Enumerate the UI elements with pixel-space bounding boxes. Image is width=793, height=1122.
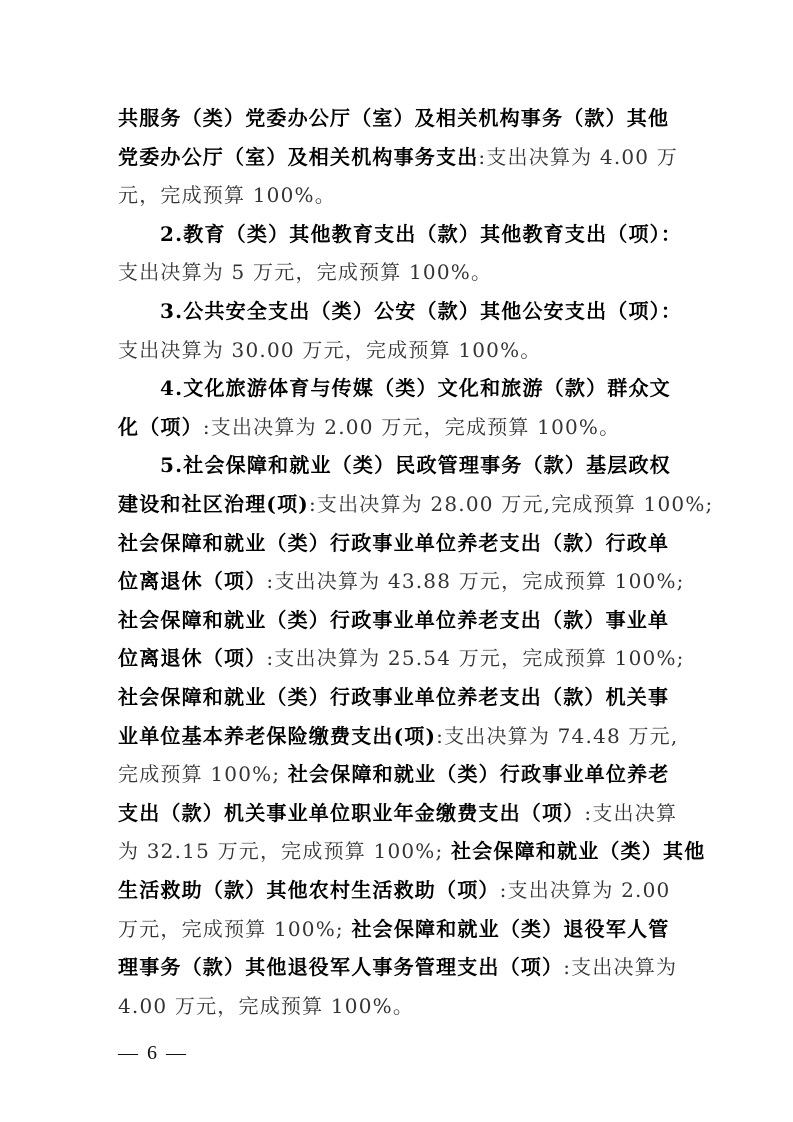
bold-heading-text: 理事务（款）其他退役军人事务管理支出（项）: [118, 955, 563, 979]
body-text: :支出决算为 74.48 万元,: [436, 724, 678, 748]
text-line: 为 32.15 万元，完成预算 100%; 社会保障和就业（类）其他: [118, 836, 678, 866]
body-text: :支出决算为 28.00 万元,完成预算 100%;: [309, 492, 714, 516]
text-line: 生活救助（款）其他农村生活救助（项）:支出决算为 2.00: [118, 875, 678, 905]
bold-heading-text: 社会保障和就业（类）行政事业单位养老支出（款）事业单: [118, 608, 669, 632]
bold-heading-text: 位离退休（项）: [118, 646, 266, 670]
bold-heading-text: 社会保障和就业（类）其他: [451, 839, 705, 863]
document-page: 共服务（类）党委办公厅（室）及相关机构事务（款）其他党委办公厅（室）及相关机构事…: [0, 0, 793, 1122]
bold-heading-text: 共服务（类）党委办公厅（室）及相关机构事务（款）其他: [118, 106, 669, 130]
bold-heading-text: 3.公共安全支出（类）公安（款）其他公安支出（项）：: [160, 299, 682, 323]
body-text: :支出决算: [584, 801, 677, 825]
body-text: 为 32.15 万元，完成预算 100%;: [118, 839, 451, 863]
bold-heading-text: 生活救助（款）其他农村生活救助（项）: [118, 878, 500, 902]
text-line: 党委办公厅（室）及相关机构事务支出:支出决算为 4.00 万: [118, 142, 678, 172]
text-line: 5.社会保障和就业（类）民政管理事务（款）基层政权: [160, 450, 678, 480]
body-text: 4.00 万元，完成预算 100%。: [118, 994, 414, 1018]
body-text: 万元，完成预算 100%;: [118, 917, 351, 941]
text-line: 元，完成预算 100%。: [118, 180, 678, 210]
body-text: :支出决算为 25.54 万元，完成预算 100%;: [266, 646, 684, 670]
page-number: — 6 —: [118, 1038, 188, 1068]
body-text: 支出决算为 30.00 万元，完成预算 100%。: [118, 338, 542, 362]
text-line: 支出（款）机关事业单位职业年金缴费支出（项）:支出决算: [118, 798, 678, 828]
text-line: 建设和社区治理(项):支出决算为 28.00 万元,完成预算 100%;: [118, 489, 678, 519]
bold-heading-text: 2.教育（类）其他教育支出（款）其他教育支出（项）：: [160, 222, 682, 246]
text-line: 化（项）:支出决算为 2.00 万元，完成预算 100%。: [118, 412, 678, 442]
bold-heading-text: 4.文化旅游体育与传媒（类）文化和旅游（款）群众文: [160, 376, 671, 400]
text-line: 支出决算为 30.00 万元，完成预算 100%。: [118, 335, 678, 365]
body-text: :支出决算为: [563, 955, 677, 979]
text-line: 4.文化旅游体育与传媒（类）文化和旅游（款）群众文: [160, 373, 678, 403]
bold-heading-text: 位离退休（项）: [118, 569, 266, 593]
body-text: :支出决算为 43.88 万元，完成预算 100%;: [266, 569, 684, 593]
bold-heading-text: 党委办公厅（室）及相关机构事务支出: [118, 145, 478, 169]
text-line: 业单位基本养老保险缴费支出(项):支出决算为 74.48 万元,: [118, 721, 678, 751]
bold-heading-text: 业单位基本养老保险缴费支出(项): [118, 724, 436, 748]
text-line: 位离退休（项）:支出决算为 25.54 万元，完成预算 100%;: [118, 643, 678, 673]
body-text: 完成预算 100%;: [118, 762, 288, 786]
bold-heading-text: 支出（款）机关事业单位职业年金缴费支出（项）: [118, 801, 584, 825]
text-line: 社会保障和就业（类）行政事业单位养老支出（款）事业单: [118, 605, 678, 635]
body-text: :支出决算为 2.00: [500, 878, 671, 902]
text-line: 3.公共安全支出（类）公安（款）其他公安支出（项）：: [160, 296, 678, 326]
text-line: 完成预算 100%; 社会保障和就业（类）行政事业单位养老: [118, 759, 678, 789]
text-line: 万元，完成预算 100%; 社会保障和就业（类）退役军人管: [118, 914, 678, 944]
body-text: 支出决算为 5 万元，完成预算 100%。: [118, 260, 492, 284]
body-text: 元，完成预算 100%。: [118, 183, 336, 207]
bold-heading-text: 社会保障和就业（类）退役军人管: [351, 917, 669, 941]
body-text: :支出决算为 2.00 万元，完成预算 100%。: [203, 415, 621, 439]
text-line: 理事务（款）其他退役军人事务管理支出（项）:支出决算为: [118, 952, 678, 982]
bold-heading-text: 社会保障和就业（类）行政事业单位养老支出（款）行政单: [118, 531, 669, 555]
bold-heading-text: 社会保障和就业（类）行政事业单位养老支出（款）机关事: [118, 685, 669, 709]
body-text: :支出决算为 4.00 万: [478, 145, 678, 169]
text-line: 共服务（类）党委办公厅（室）及相关机构事务（款）其他: [118, 103, 678, 133]
bold-heading-text: 社会保障和就业（类）行政事业单位养老: [288, 762, 670, 786]
text-line: 支出决算为 5 万元，完成预算 100%。: [118, 257, 678, 287]
text-line: 2.教育（类）其他教育支出（款）其他教育支出（项）：: [160, 219, 678, 249]
bold-heading-text: 化（项）: [118, 415, 203, 439]
text-line: 4.00 万元，完成预算 100%。: [118, 991, 678, 1021]
bold-heading-text: 建设和社区治理(项): [118, 492, 309, 516]
text-line: 社会保障和就业（类）行政事业单位养老支出（款）行政单: [118, 528, 678, 558]
text-line: 位离退休（项）:支出决算为 43.88 万元，完成预算 100%;: [118, 566, 678, 596]
bold-heading-text: 5.社会保障和就业（类）民政管理事务（款）基层政权: [160, 453, 671, 477]
text-line: 社会保障和就业（类）行政事业单位养老支出（款）机关事: [118, 682, 678, 712]
